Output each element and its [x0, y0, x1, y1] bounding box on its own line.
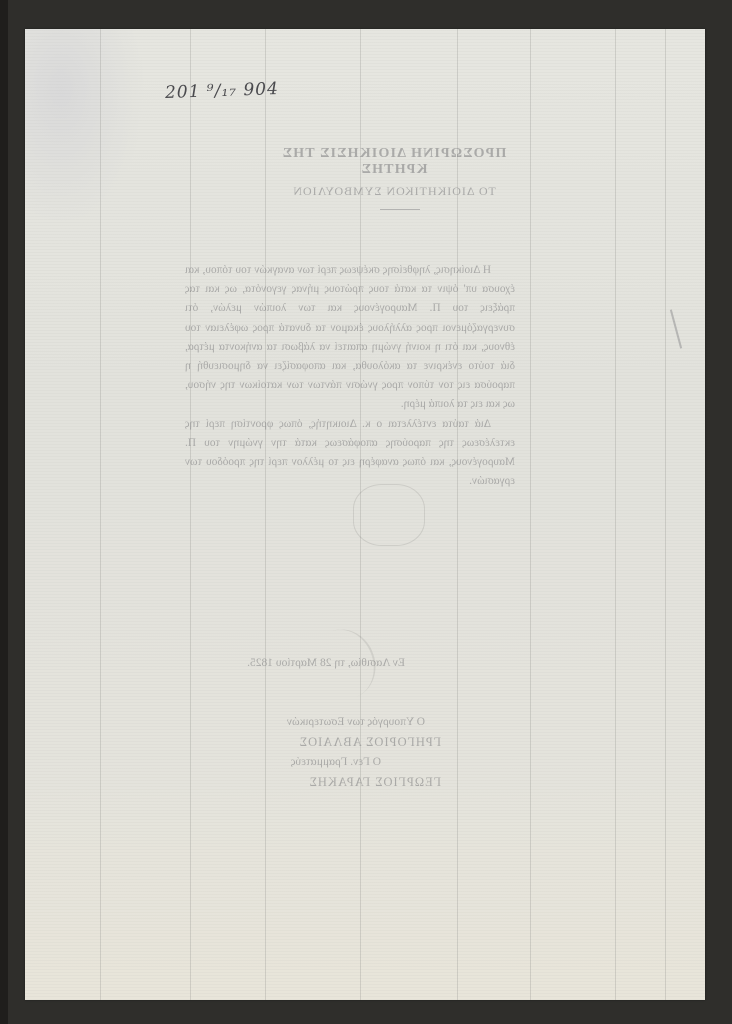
seal-impression: [353, 484, 425, 546]
heading-divider: [380, 209, 420, 210]
paragraph: Διά ταύτα εντέλλεται ο κ. Διοικητής, όπω…: [185, 415, 515, 492]
paragraph: Η Διοίκησις, ληφθείσης σκέψεως περί των …: [185, 261, 515, 415]
heading-secondary: ΤΟ ΔΙΟΙΚΗΤΙΚΟΝ ΣΥΜΒΟΥΛΙΟΝ: [259, 184, 529, 199]
body-text: Η Διοίκησις, ληφθείσης σκέψεως περί των …: [185, 261, 515, 491]
document-page: 201 ⁹/₁₇ 904 ΠΡΟΣΩΡΙΝΗ ΔΙΟΙΚΗΣΙΣ ΤΗΣ ΚΡΗ…: [25, 29, 705, 1000]
show-through-text: ΠΡΟΣΩΡΙΝΗ ΔΙΟΙΚΗΣΙΣ ΤΗΣ ΚΡΗΤΗΣ ΤΟ ΔΙΟΙΚΗ…: [25, 29, 705, 1000]
date-line: Εν Λασιθίω, τη 28 Μαρτίου 1825.: [185, 657, 425, 669]
signatory-name: ΓΡΗΓΟΡΙΟΣ ΑΒΛΑΙΟΣ: [221, 732, 441, 752]
signatory-title: Ο Γεν. Γραμματεύς: [221, 752, 441, 772]
heading-primary: ΠΡΟΣΩΡΙΝΗ ΔΙΟΙΚΗΣΙΣ ΤΗΣ ΚΡΗΤΗΣ: [249, 146, 539, 178]
signatory-name: ΓΕΩΡΓΙΟΣ ΓΑΡΑΚΗΣ: [221, 772, 441, 792]
signatory-title: Ο Υπουργός των Εσωτερικών: [221, 712, 441, 732]
mat-border: [0, 0, 8, 1024]
signature-block: Ο Υπουργός των Εσωτερικών ΓΡΗΓΟΡΙΟΣ ΑΒΛΑ…: [221, 712, 441, 792]
